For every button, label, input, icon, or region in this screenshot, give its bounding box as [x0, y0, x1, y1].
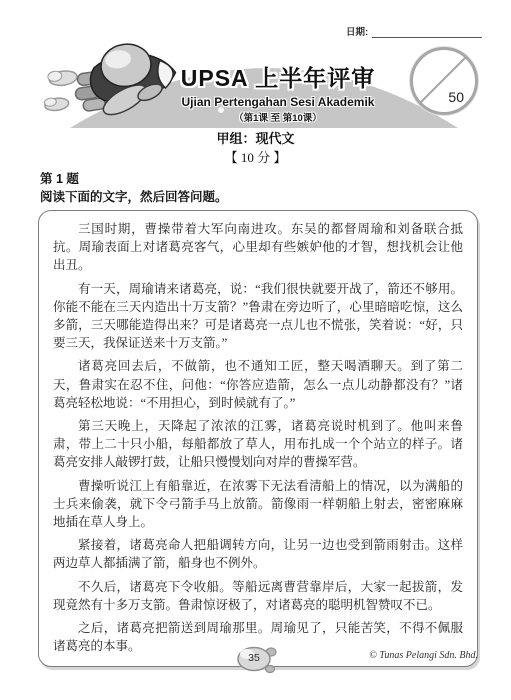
worksheet-page: 日期:	[0, 0, 511, 700]
section-marks: 【 10 分 】	[0, 147, 511, 166]
section-group-title: 甲组：现代文	[0, 128, 511, 147]
question-instruction: 阅读下面的文字，然后回答问题。	[40, 187, 228, 205]
passage-paragraph: 曹操听说江上有船靠近，在浓雾下无法看清船上的情况，以为满船的士兵来偷袭，就下令弓…	[53, 477, 463, 532]
date-underline[interactable]	[372, 27, 482, 38]
date-field: 日期:	[346, 24, 482, 38]
score-diagonal	[413, 50, 475, 112]
passage-paragraph: 不久后，诸葛亮下令收船。等船远离曹营靠岸后，大家一起拔箭，发现竟然有十多万支箭。…	[53, 578, 463, 614]
passage-paragraph: 紧接着，诸葛亮命人把船调转方向，让另一边也受到箭雨射击。这样两边草人都插满了箭，…	[53, 536, 463, 572]
passage-paragraph: 三国时期，曹操带着大军向南进攻。东吴的都督周瑜和刘备联合抵抗。周瑜表面上对诸葛亮…	[53, 220, 463, 275]
score-total: 50	[448, 89, 464, 105]
question-number: 第 1 题	[40, 169, 79, 187]
header-banner: UPSA 上半年评审 Ujian Pertengahan Sesi Akadem…	[28, 40, 458, 128]
date-label: 日期:	[346, 24, 368, 38]
passage-box: 三国时期，曹操带着大军向南进攻。东吴的都督周瑜和刘备联合抵抗。周瑜表面上对诸葛亮…	[38, 210, 478, 667]
copyright-notice: © Tunas Pelangi Sdn. Bhd.	[369, 650, 478, 661]
exam-scope: （第1课 至 第10课）	[68, 110, 488, 124]
passage-paragraph: 有一天，周瑜请来诸葛亮，说：“我们很快就要开战了，箭还不够用。你能不能在三天内造…	[53, 280, 463, 353]
cloud-icon	[44, 96, 70, 112]
page-number: 35	[237, 652, 271, 664]
page-number-balloon: 35	[237, 644, 281, 676]
passage-paragraph: 第三天晚上，天降起了浓浓的江雾，诸葛亮说时机到了。他叫来鲁肃，带上二十只小船，每…	[53, 417, 463, 472]
score-circle: 50	[410, 47, 478, 115]
passage-paragraph: 诸葛亮回去后，不做箭，也不通知工匠，整天喝酒聊天。到了第二天，鲁肃实在忍不住，问…	[53, 357, 463, 412]
